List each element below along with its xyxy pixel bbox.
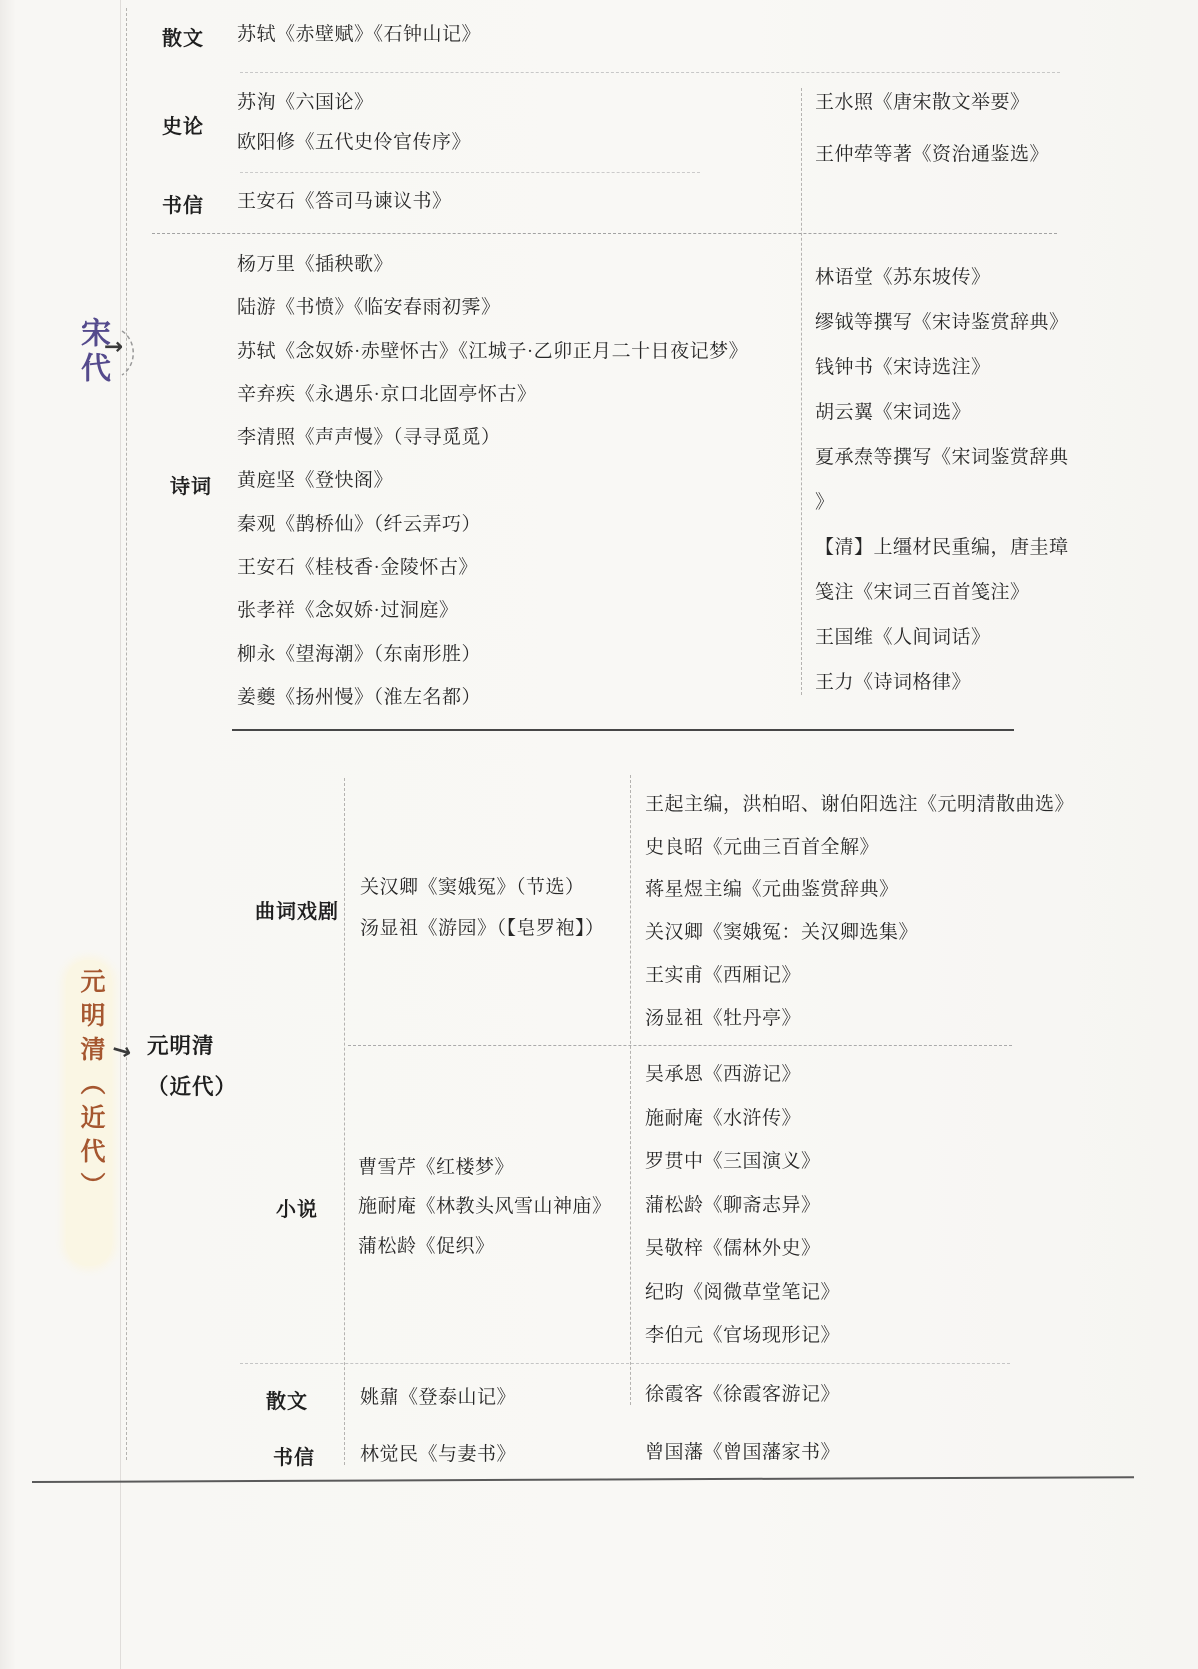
reference-item: 蒋星煜主编《元曲鉴赏辞典》 xyxy=(645,869,1074,912)
reference-item: 王国维《人间词话》 xyxy=(815,615,1071,660)
drama-works-list: 关汉卿《窦娥冤》（节选）汤显祖《游园》（【皂罗袍】） xyxy=(360,867,605,949)
genre-label-novel: 小说 xyxy=(276,1193,318,1222)
reference-item: 汤显祖《牡丹亭》 xyxy=(645,998,1074,1041)
work-item: 关汉卿《窦娥冤》（节选） xyxy=(360,867,605,908)
work-item: 苏轼《念奴娇·赤壁怀古》《江城子·乙卯正月二十日夜记梦》 xyxy=(237,330,748,373)
reference-item: 林语堂《苏东坡传》 xyxy=(815,255,1071,300)
genre-label-poetry: 诗词 xyxy=(170,470,212,499)
reference-item: 史良昭《元曲三百首全解》 xyxy=(645,827,1074,870)
novel-references-list: 吴承恩《西游记》施耐庵《水浒传》罗贯中《三国演义》蒲松龄《聊斋志异》吴敬梓《儒林… xyxy=(645,1053,840,1358)
reference-item: 夏承焘等撰写《宋词鉴赏辞典》 xyxy=(815,435,1071,525)
era-label-line2: （近代） xyxy=(147,1067,237,1108)
bottom-rule-line xyxy=(32,1476,1134,1483)
reference-item: 王实甫《西厢记》 xyxy=(645,955,1074,998)
work-item: 杨万里《插秧歌》 xyxy=(237,243,748,286)
work-item: 苏轼《赤壁赋》《石钟山记》 xyxy=(237,13,481,57)
column-divider-dotted xyxy=(801,88,802,695)
genre-label-history-essay: 史论 xyxy=(162,110,204,139)
divider-dashed xyxy=(240,72,1060,73)
work-item: 秦观《鹊桥仙》（纤云弄巧） xyxy=(237,503,748,546)
brace-curve-decoration xyxy=(119,329,141,377)
column-divider-dotted xyxy=(630,775,631,1405)
genre-label-letters-song: 书信 xyxy=(162,189,204,218)
song-prose-works-list: 苏轼《赤壁赋》《石钟山记》 xyxy=(237,13,481,57)
reference-item: 王起主编，洪柏昭、谢伯阳选注《元明清散曲选》 xyxy=(645,784,1074,827)
work-item: 欧阳修《五代史伶官传序》 xyxy=(237,123,471,163)
work-item: 王安石《桂枝香·金陵怀古》 xyxy=(237,546,748,589)
prose-works-list: 姚鼐《登泰山记》 xyxy=(360,1384,516,1412)
letter-works-list: 林觉民《与妻书》 xyxy=(360,1441,516,1469)
song-letter-works-list: 王安石《答司马谏议书》 xyxy=(237,180,452,224)
genre-label-prose-song: 散文 xyxy=(162,22,204,51)
work-item: 林觉民《与妻书》 xyxy=(360,1441,516,1469)
reference-item: 施耐庵《水浒传》 xyxy=(645,1097,840,1141)
reference-item: 徐霞客《徐霞客游记》 xyxy=(645,1381,840,1409)
reference-item: 【清】上缰材民重编，唐圭璋笺注《宋词三百首笺注》 xyxy=(815,525,1071,615)
section-separator-line xyxy=(232,729,1014,731)
column-divider-dotted xyxy=(344,778,345,1465)
arrow-right-icon: → xyxy=(109,1036,135,1066)
reference-item: 李伯元《官场现形记》 xyxy=(645,1314,840,1358)
work-item: 柳永《望海潮》（东南形胜） xyxy=(237,633,748,676)
song-history-works-list: 苏洵《六国论》欧阳修《五代史伶官传序》 xyxy=(237,83,471,163)
song-poetry-references-list: 林语堂《苏东坡传》缪钺等撰写《宋诗鉴赏辞典》钱钟书《宋诗选注》胡云翼《宋词选》夏… xyxy=(815,255,1071,705)
reference-item: 吴承恩《西游记》 xyxy=(645,1053,840,1097)
reference-item: 吴敬梓《儒林外史》 xyxy=(645,1227,840,1271)
song-prose-references-list: 王水照《唐宋散文举要》王仲荦等著《资治通鉴选》 xyxy=(815,77,1049,181)
work-item: 施耐庵《林教头风雪山神庙》 xyxy=(358,1187,612,1226)
era-label-yuanmingqing: 元明清 （近代） xyxy=(147,1026,237,1108)
work-item: 王安石《答司马谏议书》 xyxy=(237,180,452,224)
prose-references-list: 徐霞客《徐霞客游记》 xyxy=(645,1381,840,1409)
divider-dashed xyxy=(152,233,1057,234)
scanned-document-page: 宋代 → 散文 史论 书信 诗词 苏轼《赤壁赋》《石钟山记》 苏洵《六国论》欧阳… xyxy=(0,0,1198,1669)
work-item: 曹雪芹《红楼梦》 xyxy=(358,1148,612,1187)
genre-label-drama: 曲词戏剧 xyxy=(255,895,339,924)
letter-references-list: 曾国藩《曾国藩家书》 xyxy=(645,1439,840,1467)
reference-item: 钱钟书《宋诗选注》 xyxy=(815,345,1071,390)
work-item: 蒲松龄《促织》 xyxy=(358,1227,612,1266)
reference-item: 缪钺等撰写《宋诗鉴赏辞典》 xyxy=(815,300,1071,345)
work-item: 姜夔《扬州慢》（淮左名都） xyxy=(237,676,748,719)
divider-dashed xyxy=(348,1045,1012,1046)
genre-label-prose-ymq: 散文 xyxy=(266,1385,308,1414)
divider-dashed xyxy=(240,1363,1010,1364)
work-item: 苏洵《六国论》 xyxy=(237,83,471,123)
drama-references-list: 王起主编，洪柏昭、谢伯阳选注《元明清散曲选》史良昭《元曲三百首全解》蒋星煜主编《… xyxy=(645,784,1074,1040)
work-item: 辛弃疾《永遇乐·京口北固亭怀古》 xyxy=(237,373,748,416)
work-item: 姚鼐《登泰山记》 xyxy=(360,1384,516,1412)
reference-item: 王水照《唐宋散文举要》 xyxy=(815,77,1049,129)
work-item: 汤显祖《游园》（【皂罗袍】） xyxy=(360,908,605,949)
genre-label-letters-ymq: 书信 xyxy=(273,1441,315,1470)
work-item: 陆游《书愤》《临安春雨初霁》 xyxy=(237,286,748,329)
reference-item: 蒲松龄《聊斋志异》 xyxy=(645,1184,840,1228)
reference-item: 王仲荦等著《资治通鉴选》 xyxy=(815,129,1049,181)
work-item: 李清照《声声慢》（寻寻觅觅） xyxy=(237,416,748,459)
margin-line-solid xyxy=(120,0,121,1669)
margin-line-dashed xyxy=(126,8,127,1460)
reference-item: 曾国藩《曾国藩家书》 xyxy=(645,1439,840,1467)
work-item: 张孝祥《念奴娇·过洞庭》 xyxy=(237,589,748,632)
reference-item: 罗贯中《三国演义》 xyxy=(645,1140,840,1184)
era-label-yuanmingqing-vertical: 元明清（近代） xyxy=(73,968,109,1206)
reference-item: 关汉卿《窦娥冤：关汉卿选集》 xyxy=(645,912,1074,955)
novel-works-list: 曹雪芹《红楼梦》施耐庵《林教头风雪山神庙》蒲松龄《促织》 xyxy=(358,1148,612,1266)
song-poetry-works-list: 杨万里《插秧歌》陆游《书愤》《临安春雨初霁》苏轼《念奴娇·赤壁怀古》《江城子·乙… xyxy=(237,243,748,719)
work-item: 黄庭坚《登快阁》 xyxy=(237,459,748,502)
reference-item: 王力《诗词格律》 xyxy=(815,660,1071,705)
era-label-line1: 元明清 xyxy=(147,1026,237,1067)
reference-item: 纪昀《阅微草堂笔记》 xyxy=(645,1271,840,1315)
reference-item: 胡云翼《宋词选》 xyxy=(815,390,1071,435)
divider-dashed xyxy=(240,172,700,173)
